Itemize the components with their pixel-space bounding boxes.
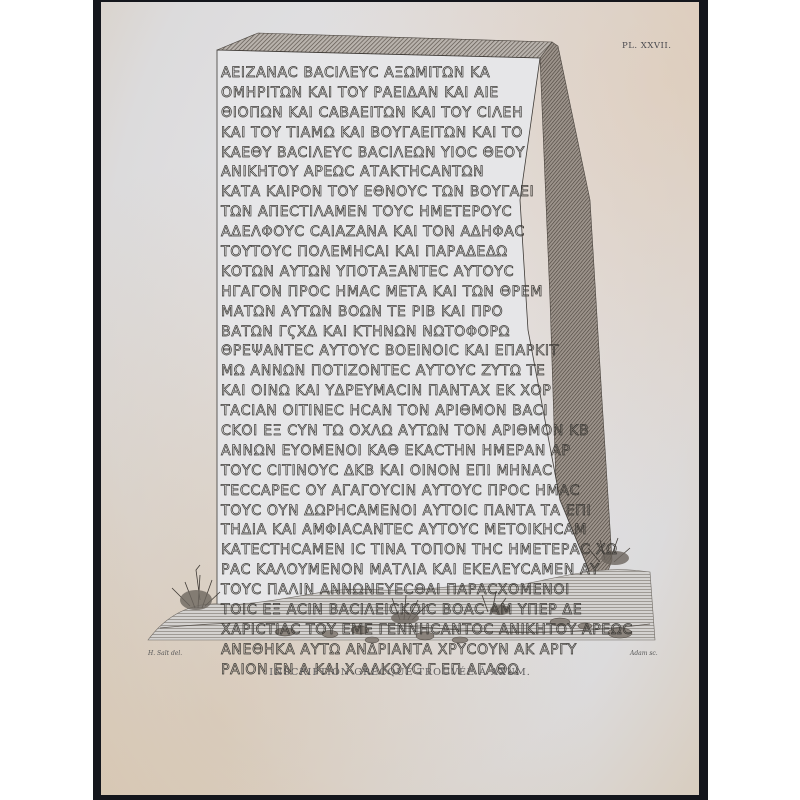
inscription-line: ΑΝΙΚΗΤΟΥ ΑΡΕΩϹ ΑΤΑΚΤΗϹΑΝΤΩΝ (221, 163, 551, 183)
inscription-line: ΑΕΙΖΑΝΑϹ ΒΑϹΙΛΕΥϹ ΑΞΩΜΙΤΩΝ ΚΑ (221, 64, 551, 84)
inscription-line: ϹΚΟΙ ΕΞ ϹΥΝ ΤΩ ΟΧΛΩ ΑΥΤΩΝ ΤΟΝ ΑΡΙΘΜΟΝ ΚΒ (221, 422, 551, 442)
inscription-line: ΧΑΡΙϹΤΙΑϹ ΤΟΥ ΕΜΕ ΓΕΝΝΗϹΑΝΤΟϹ ΑΝΙΚΗΤΟΥ Α… (221, 621, 551, 641)
inscription-line: ΤΕϹϹΑΡΕϹ ΟΥ ΑΓΑΓΟΥϹΙΝ ΑΥΤΟΥϹ ΠΡΟϹ ΗΜΑϹ (221, 482, 551, 502)
inscription-line: ΘΡΕΨΑΝΤΕϹ ΑΥΤΟΥϹ ΒΟΕΙΝΟΙϹ ΚΑΙ ΕΠΑΡΚΙΤ (221, 342, 551, 362)
inscription-line: ΤΟΥϹ ΠΑΛΙΝ ΑΝΝΩΝΕΥΕϹΘΑΙ ΠΑΡΑϹΧΟΜΕΝΟΙ (221, 581, 551, 601)
inscription-line: ΑΝΕΘΗΚΑ ΑΥΤΩ ΑΝΔΡΙΑΝΤΑ ΧΡΥϹΟΥΝ ΑΚ ΑΡΓΥ (221, 641, 551, 661)
inscription-line: ΚΑΤΕϹΤΗϹΑΜΕΝ ΙϹ ΤΙΝΑ ΤΟΠΟΝ ΤΗϹ ΗΜΕΤΕΡΑϹ … (221, 541, 551, 561)
inscription-line: ΤΗΔΙΑ ΚΑΙ ΑΜΦΙΑϹΑΝΤΕϹ ΑΥΤΟΥϹ ΜΕΤΟΙΚΗϹΑΜ (221, 521, 551, 541)
inscription-line: ΚΑΤΑ ΚΑΙΡΟΝ ΤΟΥ ΕΘΝΟΥϹ ΤΩΝ ΒΟΥΓΑΕΙ (221, 183, 551, 203)
greek-inscription: ΑΕΙΖΑΝΑϹ ΒΑϹΙΛΕΥϹ ΑΞΩΜΙΤΩΝ ΚΑ ΟΜΗΡΙΤΩΝ Κ… (221, 64, 551, 681)
plate-caption: INSCRIPTION GRECQUE TROUVÉE À AXUM. (0, 667, 800, 678)
inscription-line: ΑΝΝΩΝ ΕΥΟΜΕΝΟΙ ΚΑΘ ΕΚΑϹΤΗΝ ΗΜΕΡΑΝ ΑΡ (221, 442, 551, 462)
inscription-line: ΑΔΕΛΦΟΥϹ ϹΑΙΑΖΑΝΑ ΚΑΙ ΤΟΝ ΑΔΗΦΑϹ (221, 223, 551, 243)
inscription-line: ΤΑϹΙΑΝ ΟΙΤΙΝΕϹ ΗϹΑΝ ΤΟΝ ΑΡΙΘΜΟΝ ΒΑϹΙ (221, 402, 551, 422)
inscription-line: ΡΑϹ ΚΑΛΟΥΜΕΝΟΝ ΜΑΤΛΙΑ ΚΑΙ ΕΚΕΛΕΥϹΑΜΕΝ ΑΥ (221, 561, 551, 581)
inscription-line: ΚΑΙ ΤΟΥ ΤΙΑΜΩ ΚΑΙ ΒΟΥΓΑΕΙΤΩΝ ΚΑΙ ΤΟ (221, 124, 551, 144)
inscription-line: ΤΩΝ ΑΠΕϹΤΙΛΑΜΕΝ ΤΟΥϹ ΗΜΕΤΕΡΟΥϹ (221, 203, 551, 223)
inscription-line: ΚΑΕΘΥ ΒΑϹΙΛΕΥϹ ΒΑϹΙΛΕΩΝ ΥΙΟϹ ΘΕΟΥ (221, 144, 551, 164)
inscription-line: ΤΟΥϹ ΟΥΝ ΔΩΡΗϹΑΜΕΝΟΙ ΑΥΤΟΙϹ ΠΑΝΤΑ ΤΑ ΕΠΙ (221, 502, 551, 522)
inscription-line: ΤΟΥϹ ϹΙΤΙΝΟΥϹ ΔΚΒ ΚΑΙ ΟΙΝΟΝ ΕΠΙ ΜΗΝΑϹ (221, 462, 551, 482)
inscription-line: ΚΟΤΩΝ ΑΥΤΩΝ ΥΠΟΤΑΞΑΝΤΕϹ ΑΥΤΟΥϹ (221, 263, 551, 283)
inscription-line: ΚΑΙ ΟΙΝΩ ΚΑΙ ΥΔΡΕΥΜΑϹΙΝ ΠΑΝΤΑΧ ΕΚ ΧΟΡ (221, 382, 551, 402)
inscription-line: ΗΓΑΓΟΝ ΠΡΟϹ ΗΜΑϹ ΜΕΤΑ ΚΑΙ ΤΩΝ ΘΡΕΜ (221, 283, 551, 303)
inscription-line: ΜΩ ΑΝΝΩΝ ΠΟΤΙΖΟΝΤΕϹ ΑΥΤΟΥϹ ΖΥΤΩ ΤΕ (221, 362, 551, 382)
inscription-line: ΟΜΗΡΙΤΩΝ ΚΑΙ ΤΟΥ ΡΑΕΙΔΑΝ ΚΑΙ ΑΙΕ (221, 84, 551, 104)
inscription-line: ΤΟΥΤΟΥϹ ΠΟΛΕΜΗϹΑΙ ΚΑΙ ΠΑΡΑΔΕΔΩ (221, 243, 551, 263)
inscription-line: ΒΑΤΩΝ ΓϚΧΔ ΚΑΙ ΚΤΗΝΩΝ ΝΩΤΟΦΟΡΩ (221, 323, 551, 343)
inscription-line: ΤΟΙϹ ΕΞ ΑϹΙΝ ΒΑϹΙΛΕΙϹΚΟΙϹ ΒΟΑϹ ΑΜ ΥΠΕΡ Δ… (221, 601, 551, 621)
inscription-line: ΜΑΤΩΝ ΑΥΤΩΝ ΒΟΩΝ ΤΕ ΡΙΒ ΚΑΙ ΠΡΟ (221, 303, 551, 323)
engraver-credit: Adam sc. (630, 650, 658, 657)
artist-credit: H. Salt del. (148, 650, 182, 657)
inscription-line: ΘΙΟΠΩΝ ΚΑΙ ϹΑΒΑΕΙΤΩΝ ΚΑΙ ΤΟΥ ϹΙΛΕΗ (221, 104, 551, 124)
